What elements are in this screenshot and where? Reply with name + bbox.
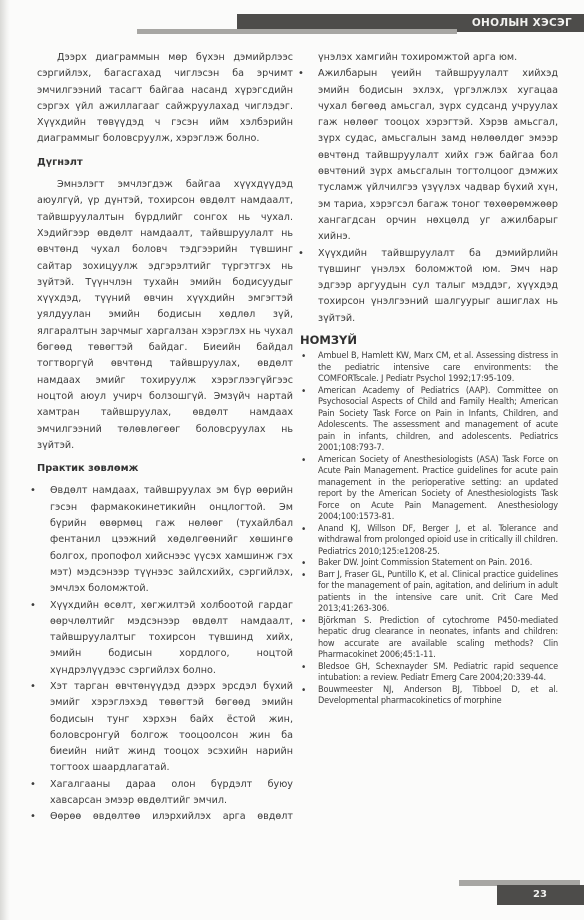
recommendation-item: Хагалгааны дараа олон бүрдэлт буюу хавса… [26,777,293,810]
recommendation-item: Өвдөлт намдаах, тайвшруулах эм бүр өөрий… [26,483,293,597]
reference-item: Barr J, Fraser GL, Puntillo K, et al. Cl… [318,570,558,616]
conclusion-paragraph: Эмнэлэгт эмчлэгдэж байгаа хүүхдүүдэд аюу… [37,177,293,454]
reference-item: Bledsoe GH, Schexnayder SM. Pediatric ra… [318,662,558,685]
practice-heading: Практик зөвлөмж [37,461,293,477]
right-column: үнэлэх хамгийн тохиромжтой арга юм. Ажил… [318,50,558,708]
recommendation-item: Хэт тарган өвчтөнүүдэд дээрх эрсдэл бүхи… [26,679,293,777]
reference-item: Baker DW. Joint Commission Statement on … [318,558,558,570]
reference-item: Bouwmeester NJ, Anderson BJ, Tibboel D, … [318,685,558,708]
recommendation-item: Ажилбарын үеийн тайвшруулалт хийхэд эмий… [294,66,558,245]
reference-item: American Society of Anesthesiologists (A… [318,455,558,524]
section-title: ОНОЛЫН ХЭСЭГ [472,15,572,31]
recommendation-item: Хүүхдийн өсөлт, хөгжилтэй холбоотой гард… [26,598,293,679]
intro-paragraph: Дээрх диаграммын мөр бүхэн дэмийрлээс сэ… [37,50,293,148]
reference-item: Ambuel B, Hamlett KW, Marx CM, et al. As… [318,351,558,386]
references-heading: НОМЗҮЙ [300,332,558,348]
reference-item: Anand KJ, Willson DF, Berger J, et al. T… [318,524,558,559]
footer-bar: 23 [497,885,584,905]
page-number: 23 [533,887,547,903]
page-gutter-shadow [0,0,10,920]
recommendations-list: Өвдөлт намдаах, тайвшруулах эм бүр өөрий… [26,483,293,825]
left-column: Дээрх диаграммын мөр бүхэн дэмийрлээс сэ… [37,50,293,826]
reference-item: American Academy of Pediatrics (AAP). Co… [318,386,558,455]
recommendation-continuation: үнэлэх хамгийн тохиромжтой арга юм. [318,50,558,66]
recommendation-item: Өөрөө өвдөлтөө илэрхийлэх арга өвдөлт [26,809,293,825]
recommendations-list-continued: Ажилбарын үеийн тайвшруулалт хийхэд эмий… [294,66,558,327]
conclusion-heading: Дүгнэлт [37,155,293,171]
recommendation-item: Хүүхдийн тайвшруулалт ба дэмийрлийн түвш… [294,246,558,327]
header-accent-bar [137,29,457,34]
references-list: Ambuel B, Hamlett KW, Marx CM, et al. As… [318,351,558,708]
reference-item: Björkman S. Prediction of cytochrome P45… [318,616,558,662]
